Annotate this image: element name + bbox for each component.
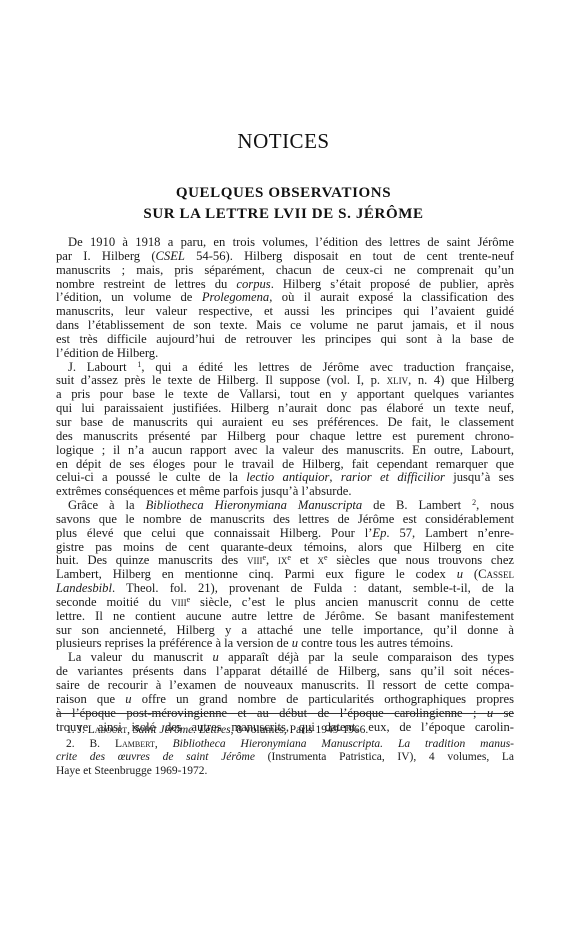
body-line: extrêmes conséquences et même parfois ju… (56, 485, 514, 499)
body-line: sur base de manuscrits qui auraient eu s… (56, 416, 514, 430)
italic-text: Saint Jérôme. Lettres (133, 724, 231, 736)
italic-text: crite des œuvres de saint Jérôme (56, 751, 255, 763)
text-run: , (329, 470, 340, 484)
text-run: De 1910 à 1918 a paru, en trois volumes,… (68, 235, 514, 249)
text-run: ( (463, 567, 478, 581)
document-page: NOTICES QUELQUES OBSERVATIONS SUR LA LET… (0, 0, 567, 925)
text-run: saire de recourir à l’examen de nouveaux… (56, 678, 514, 692)
section-heading: NOTICES (0, 129, 567, 154)
text-run: gistre pas moins de cent quarante-deux t… (56, 540, 514, 554)
small-caps-text: viii (247, 553, 263, 567)
text-run: 1. J. (66, 724, 88, 736)
text-run: . Theol. fol. 21), provenant de Fulda : … (112, 581, 514, 595)
text-run: nombre restreint de lettres du (56, 277, 236, 291)
body-line: gistre pas moins de cent quarante-deux t… (56, 541, 514, 555)
text-run: l’édition, un volume de (56, 290, 202, 304)
body-line: en dépit de ses éloges pour le travail d… (56, 458, 514, 472)
text-run: Lambert, Hilberg en mentionne cinq. Parm… (56, 567, 457, 581)
text-run: lettre. Il ne contient aucune autre lett… (56, 609, 514, 623)
footnotes: 1. J. Labourt, Saint Jérôme. Lettres, 8 … (56, 724, 514, 778)
body-line: l’édition de Hilberg. (56, 347, 514, 361)
body-line: savons que le nombre de manuscrits des l… (56, 513, 514, 527)
text-run: J. Labourt (68, 360, 137, 374)
text-run: extrêmes conséquences et même parfois ju… (56, 484, 352, 498)
body-line: est très difficile aujourd’hui de retrou… (56, 333, 514, 347)
article-body: De 1910 à 1918 a paru, en trois volumes,… (56, 236, 514, 734)
text-run: dans l’établissement de son texte. Mais … (56, 318, 514, 332)
text-run: de B. Lambert (362, 498, 472, 512)
body-line: lettre. Il ne contient aucune autre lett… (56, 610, 514, 624)
article-title-line-2: SUR LA LETTRE LVII DE S. JÉRÔME (0, 206, 567, 223)
text-run: contre tous les autres témoins. (298, 636, 453, 650)
body-line: qui lui paraissaient justifiées. Hilberg… (56, 402, 514, 416)
body-line: plusieurs reprises la préférence à la ve… (56, 637, 514, 651)
text-run: en dépit de ses éloges pour le travail d… (56, 457, 514, 471)
italic-text: CSEL (156, 249, 185, 263)
text-run: et (291, 553, 318, 567)
text-run: , (266, 553, 278, 567)
text-run: sur base de manuscrits qui auraient eu s… (56, 415, 514, 429)
italic-text: Prolegomena (202, 290, 269, 304)
body-line: De 1910 à 1918 a paru, en trois volumes,… (56, 236, 514, 250)
text-run: savons que le nombre de manuscrits des l… (56, 512, 514, 526)
text-run: , n. 4) que Hilberg (408, 373, 514, 387)
text-run: jusqu’à ses (445, 470, 514, 484)
text-run: La valeur du manuscrit (68, 650, 212, 664)
text-run: , où il aurait exposé la classification … (269, 290, 514, 304)
text-run: suit d’assez près le texte de Hilberg. I… (56, 373, 387, 387)
body-line: saire de recourir à l’examen de nouveaux… (56, 679, 514, 693)
body-line: plus élevé que celui que connaissait Hil… (56, 527, 514, 541)
text-run: Haye et Steenbrugge 1969-1972. (56, 765, 207, 777)
body-line: manuscrits ; mais, pris séparément, chac… (56, 264, 514, 278)
italic-text: Bibliotheca Hieronymiana Manuscripta. La… (173, 738, 514, 750)
small-caps-text: Lambert (115, 738, 155, 750)
body-line: Landesbibl. Theol. fol. 21), provenant d… (56, 582, 514, 596)
text-run: offre un grand nombre de particularités … (132, 692, 514, 706)
text-run: plus élevé que celui que connaissait Hil… (56, 526, 372, 540)
text-run: celui-ci a poussé le culte de la (56, 470, 246, 484)
footnote-divider (56, 713, 514, 714)
body-line: sur son ancienneté, Hilberg y a attaché … (56, 624, 514, 638)
footnote-line: crite des œuvres de saint Jérôme (Instru… (56, 751, 514, 765)
italic-text: rarior et difficilior (341, 470, 445, 484)
body-line: nombre restreint de lettres du corpus. H… (56, 278, 514, 292)
body-line: des manuscrits présenté par Hilberg pour… (56, 430, 514, 444)
text-run: , 8 volumes, Paris 1949-1966. (231, 724, 369, 736)
text-run: manuscrits, leur valeur respective, et a… (56, 304, 514, 318)
small-caps-text: ix (278, 553, 288, 567)
text-run: siècles que nous trouvons chez (328, 553, 514, 567)
body-line: a pris pour base le texte de Vallarsi, t… (56, 388, 514, 402)
body-line: J. Labourt 1, qui a édité les lettres de… (56, 361, 514, 375)
text-run: sur son ancienneté, Hilberg y a attaché … (56, 623, 514, 637)
text-run: , (155, 738, 173, 750)
text-run: des manuscrits présenté par Hilberg pour… (56, 429, 514, 443)
text-run: de variantes présents dans l’apparat dét… (56, 664, 514, 678)
text-run: a pris pour base le texte de Vallarsi, t… (56, 387, 514, 401)
text-run: apparaît déjà par la seule comparaison d… (219, 650, 514, 664)
text-run: est très difficile aujourd’hui de retrou… (56, 332, 514, 346)
text-run: logique ; il n’a aucun rapport avec la v… (56, 443, 514, 457)
italic-text: corpus (236, 277, 270, 291)
text-run: huit. Des quinze manuscrits des (56, 553, 247, 567)
text-run: Grâce à la (68, 498, 146, 512)
body-line: dans l’établissement de son texte. Mais … (56, 319, 514, 333)
text-run: 54-56). Hilberg disposait en tout de cen… (185, 249, 514, 263)
small-caps-text: viii (171, 595, 187, 609)
body-line: suit d’assez près le texte de Hilberg. I… (56, 374, 514, 388)
text-run: (Instrumenta Patristica, IV), 4 volumes,… (255, 751, 514, 763)
footnote-line: 2. B. Lambert, Bibliotheca Hieronymiana … (56, 738, 514, 752)
body-line: raison que u offre un grand nombre de pa… (56, 693, 514, 707)
body-line: logique ; il n’a aucun rapport avec la v… (56, 444, 514, 458)
italic-text: lectio antiquior (246, 470, 329, 484)
body-line: La valeur du manuscrit u apparaît déjà p… (56, 651, 514, 665)
small-caps-text: xliv (387, 373, 409, 387)
text-run: 2. B. (66, 738, 115, 750)
text-run: manuscrits ; mais, pris séparément, chac… (56, 263, 514, 277)
body-line: Lambert, Hilberg en mentionne cinq. Parm… (56, 568, 514, 582)
article-title-line-1: QUELQUES OBSERVATIONS (0, 185, 567, 202)
body-line: seconde moitié du viiie siècle, c’est le… (56, 596, 514, 610)
text-run: l’édition de Hilberg. (56, 346, 158, 360)
text-run: . Hilberg s’était proposé de publier, ap… (271, 277, 514, 291)
text-run: plusieurs reprises la préférence à la ve… (56, 636, 292, 650)
text-run: siècle, c’est le plus ancien manuscrit c… (190, 595, 514, 609)
body-line: huit. Des quinze manuscrits des viiie, i… (56, 554, 514, 568)
body-line: celui-ci a poussé le culte de la lectio … (56, 471, 514, 485)
italic-text: Bibliotheca Hieronymiana Manuscripta (146, 498, 363, 512)
text-run: seconde moitié du (56, 595, 171, 609)
body-line: l’édition, un volume de Prolegomena, où … (56, 291, 514, 305)
body-line: Grâce à la Bibliotheca Hieronymiana Manu… (56, 499, 514, 513)
text-run: par I. Hilberg ( (56, 249, 156, 263)
text-run: qui lui paraissaient justifiées. Hilberg… (56, 401, 514, 415)
body-line: par I. Hilberg (CSEL 54-56). Hilberg dis… (56, 250, 514, 264)
body-line: de variantes présents dans l’apparat dét… (56, 665, 514, 679)
text-run: , qui a édité les lettres de Jérôme avec… (141, 360, 514, 374)
text-run: raison que (56, 692, 125, 706)
footnote-line: Haye et Steenbrugge 1969-1972. (56, 765, 514, 779)
small-caps-text: Labourt (88, 724, 127, 736)
small-caps-text: Cassel (478, 567, 514, 581)
italic-text: Ep (372, 526, 386, 540)
footnote-line: 1. J. Labourt, Saint Jérôme. Lettres, 8 … (56, 724, 514, 738)
text-run: , nous (476, 498, 514, 512)
text-run: . 57, Lambert n’enre- (386, 526, 514, 540)
body-line: manuscrits, leur valeur respective, et a… (56, 305, 514, 319)
italic-text: Landesbibl (56, 581, 112, 595)
